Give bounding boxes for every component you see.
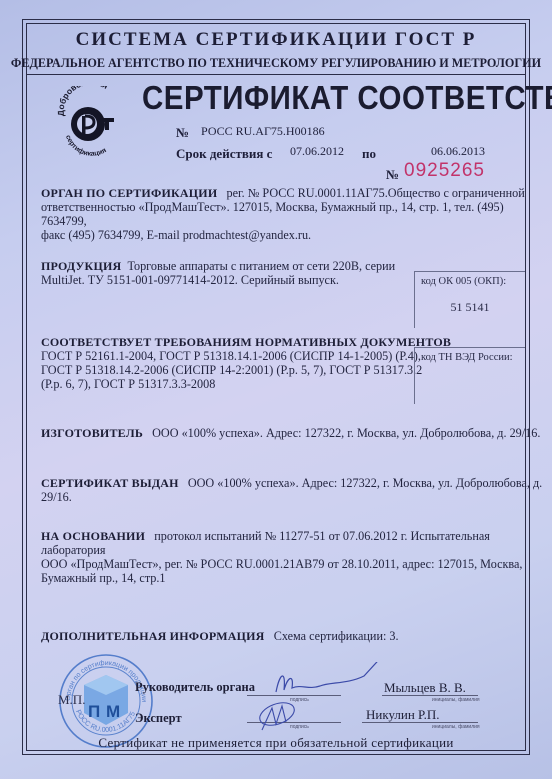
issued-to-line2: 29/16. [41,490,542,504]
conformity-label: СООТВЕТСТВУЕТ ТРЕБОВАНИЯМ НОРМАТИВНЫХ ДО… [41,335,451,349]
agency-name: ФЕДЕРАЛЬНОЕ АГЕНТСТВО ПО ТЕХНИЧЕСКОМУ РЕ… [0,56,552,71]
issued-to-section: СЕРТИФИКАТ ВЫДАН ООО «100% успеха». Адре… [41,476,542,504]
issued-to-label: СЕРТИФИКАТ ВЫДАН [41,476,179,490]
conformity-section: СООТВЕТСТВУЕТ ТРЕБОВАНИЯМ НОРМАТИВНЫХ ДО… [41,335,451,391]
conformity-line3: (Р.р. 6, 7), ГОСТ Р 51317.3.3-2008 [41,377,451,391]
voluntary-certification-note: Сертификат не применяется при обязательн… [0,735,552,751]
tnved-code-caption: код ТН ВЭД России: [421,352,513,363]
product-line1: Торговые аппараты с питанием от сети 220… [127,259,395,273]
head-signature-icon [268,662,388,702]
certificate-title: СЕРТИФИКАТ СООТВЕТСТВИЯ [142,80,552,118]
basis-line2: ООО «ПродМашТест», рег. № РОСС RU.0001.2… [41,557,552,571]
certification-body-line2: ответственностью «ПродМашТест». 127015, … [41,200,552,228]
okp-code-value: 51 5141 [415,300,525,315]
validity-label: Срок действия с [176,146,272,162]
manufacturer-label: ИЗГОТОВИТЕЛЬ [41,426,143,440]
certification-body-line1: рег. № РОСС RU.0001.11АГ75.Общество с ог… [227,186,525,200]
product-line2: MultiJet. ТУ 5151-001-09771414-2012. Сер… [41,273,395,287]
stamp-place-label: М.П. [58,692,85,708]
svg-text:М: М [106,702,120,721]
additional-info-label: ДОПОЛНИТЕЛЬНАЯ ИНФОРМАЦИЯ [41,629,265,643]
product-label: ПРОДУКЦИЯ [41,259,121,273]
additional-info-text: Схема сертификации: 3. [274,629,399,643]
rst-voluntary-certification-logo-icon: Добровольная сертификация [56,86,126,156]
head-name: Мыльцев В. В. [384,680,466,696]
valid-to-date: 06.06.2013 [431,144,485,159]
valid-to-label: по [362,146,376,162]
additional-info-section: ДОПОЛНИТЕЛЬНАЯ ИНФОРМАЦИЯ Схема сертифик… [41,629,399,643]
system-title: СИСТЕМА СЕРТИФИКАЦИИ ГОСТ Р [0,29,552,51]
expert-name-caption: инициалы, фамилия [432,724,480,730]
product-section: ПРОДУКЦИЯ Торговые аппараты с питанием о… [41,259,395,287]
tnved-code-box: код ТН ВЭД России: [414,347,525,404]
blank-serial-number: 0925265 [404,160,485,182]
head-role-label: Руководитель органа [135,680,255,695]
header-separator [26,74,525,75]
expert-role-label: Эксперт [135,711,182,726]
head-name-caption: инициалы, фамилия [432,697,480,703]
certification-body-section: ОРГАН ПО СЕРТИФИКАЦИИ рег. № РОСС RU.000… [41,186,552,242]
svg-text:П: П [88,702,100,721]
okp-code-caption: код ОК 005 (ОКП): [421,276,506,287]
basis-section: НА ОСНОВАНИИ протокол испытаний № 11277-… [41,529,552,585]
certification-body-label: ОРГАН ПО СЕРТИФИКАЦИИ [41,186,217,200]
valid-from-date: 07.06.2012 [290,144,344,159]
issued-to-line1: ООО «100% успеха». Адрес: 127322, г. Мос… [188,476,542,490]
conformity-line2: ГОСТ Р 51318.14.2-2006 (СИСПР 14-2:2001)… [41,363,451,377]
conformity-line1: ГОСТ Р 52161.1-2004, ГОСТ Р 51318.14.1-2… [41,349,451,363]
certificate-number-sign: № [176,125,189,141]
certificate-number: РОСС RU.АГ75.Н00186 [201,124,325,139]
expert-name: Никулин Р.П. [366,707,440,723]
basis-line3: Бумажный пр., 14, стр.1 [41,571,552,585]
okp-code-box: код ОК 005 (ОКП): 51 5141 [414,271,525,328]
blank-number-sign: № [386,167,399,183]
basis-label: НА ОСНОВАНИИ [41,529,145,543]
manufacturer-section: ИЗГОТОВИТЕЛЬ ООО «100% успеха». Адрес: 1… [41,426,540,440]
manufacturer-text: ООО «100% успеха». Адрес: 127322, г. Мос… [152,426,540,440]
certification-body-line3: факс (495) 7634799, E-mail prodmachtest@… [41,228,552,242]
expert-signature-icon [252,700,302,732]
